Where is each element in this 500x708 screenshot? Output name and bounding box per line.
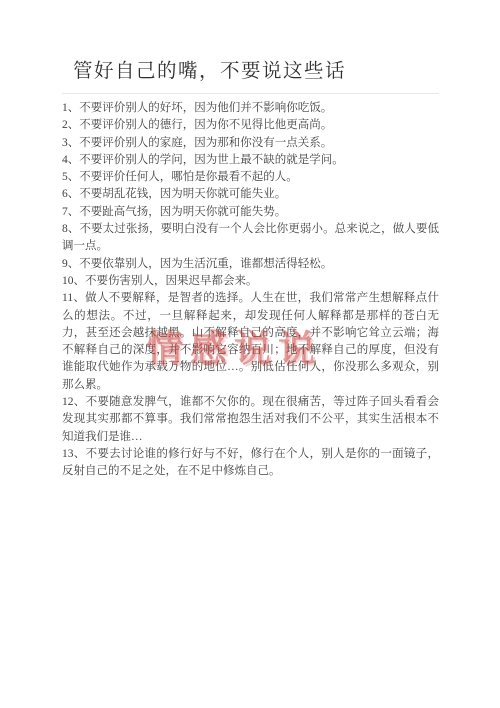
page-title: 管好自己的嘴，不要说这些话	[73, 58, 439, 85]
article-body: 1、不要评价别人的好坏，因为他们并不影响你吃饭。2、不要评价别人的德行，因为你不…	[62, 100, 439, 481]
list-item: 7、不要趾高气扬，因为明天你就可能失势。	[62, 204, 439, 221]
list-item: 10、不要伤害别人，因果迟早都会来。	[62, 273, 439, 290]
list-item: 4、不要评价别人的学问，因为世上最不缺的就是学问。	[62, 152, 439, 169]
title-divider	[62, 93, 439, 94]
list-item: 5、不要评价任何人，哪怕是你最看不起的人。	[62, 169, 439, 186]
list-item: 8、不要太过张扬，要明白没有一个人会比你更弱小。总来说之，做人要低调一点。	[62, 221, 439, 256]
list-item: 3、不要评价别人的家庭，因为那和你没有一点关系。	[62, 135, 439, 152]
article-content: 管好自己的嘴，不要说这些话 1、不要评价别人的好坏，因为他们并不影响你吃饭。2、…	[62, 58, 439, 481]
list-item: 6、不要胡乱花钱，因为明天你就可能失业。	[62, 186, 439, 203]
list-item: 11、做人不要解释，是智者的选择。人生在世，我们常常产生想解释点什么的想法。不过…	[62, 290, 439, 394]
list-item: 12、不要随意发脾气，谁都不欠你的。现在很痛苦，等过阵子回头看看会发现其实那都不…	[62, 394, 439, 446]
list-item: 9、不要依靠别人，因为生活沉重，谁都想活得轻松。	[62, 256, 439, 273]
list-item: 13、不要去讨论谁的修行好与不好，修行在个人，别人是你的一面镜子，反射自己的不足…	[62, 446, 439, 481]
list-item: 1、不要评价别人的好坏，因为他们并不影响你吃饭。	[62, 100, 439, 117]
article-page: 管好自己的嘴，不要说这些话 1、不要评价别人的好坏，因为他们并不影响你吃饭。2、…	[0, 0, 500, 708]
list-item: 2、不要评价别人的德行，因为你不见得比他更高尚。	[62, 117, 439, 134]
